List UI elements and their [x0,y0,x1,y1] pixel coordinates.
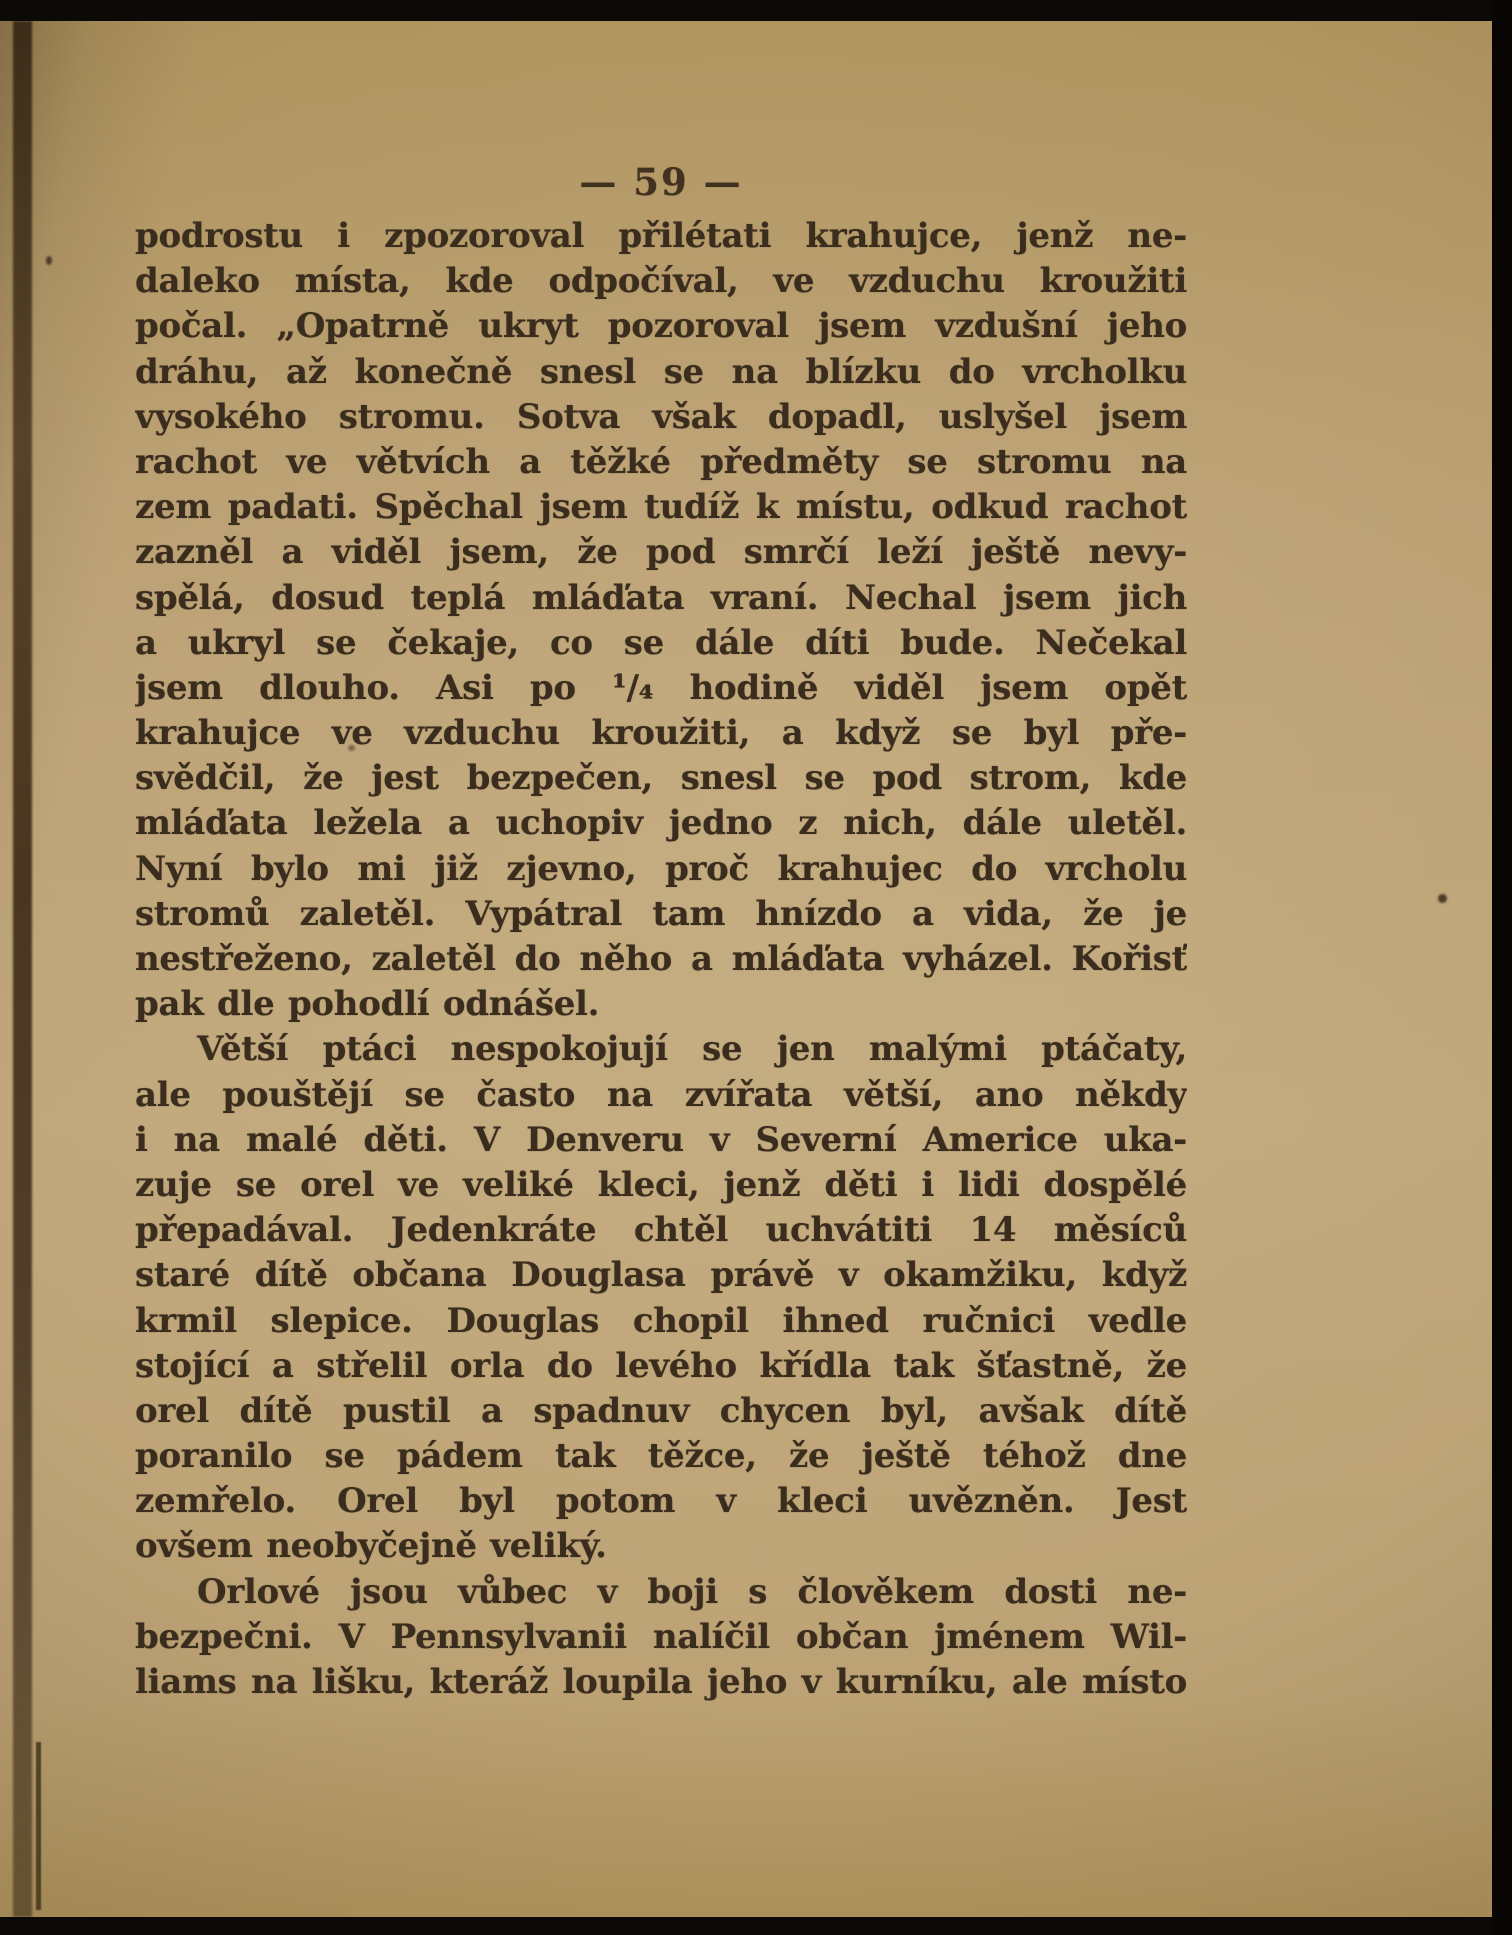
text-line: krahujce ve vzduchu kroužiti, a když se … [135,711,1187,756]
text-line: rachot ve větvích a těžké předměty se st… [135,440,1187,485]
scan-edge-right [1492,0,1512,1935]
text-line: zuje se orel ve veliké kleci, jenž děti … [135,1163,1187,1208]
text-line: zem padati. Spěchal jsem tudíž k místu, … [135,485,1187,530]
scan-edge-bottom [0,1917,1512,1935]
text-line: přepadával. Jedenkráte chtěl uchvátiti 1… [135,1208,1187,1253]
text-line: stojící a střelil orla do levého křídla … [135,1344,1187,1389]
text-line-paragraph-end: pak dle pohodlí odnášel. [135,982,1187,1027]
paper-speck [1438,894,1447,903]
text-line: staré dítě občana Douglasa právě v okamž… [135,1253,1187,1298]
book-binding-shadow-thin [36,1742,41,1910]
text-line: zazněl a viděl jsem, že pod smrčí leží j… [135,530,1187,575]
text-line: stromů zaletěl. Vypátral tam hnízdo a vi… [135,892,1187,937]
body-text: podrostu i zpozoroval přilétati krahujce… [135,214,1187,1705]
text-line: jsem dlouho. Asi po ¹/₄ hodině viděl jse… [135,666,1187,711]
text-line: Nyní bylo mi již zjevno, proč krahujec d… [135,847,1187,892]
text-line-paragraph-start: Orlové jsou vůbec v boji s člověkem dost… [135,1570,1187,1615]
text-line: a ukryl se čekaje, co se dále díti bude.… [135,621,1187,666]
text-line: dráhu, až konečně snesl se na blízku do … [135,350,1187,395]
text-line: bezpečni. V Pennsylvanii nalíčil občan j… [135,1615,1187,1660]
book-scan-page: { "document": { "page_number": "— 59 —",… [0,0,1512,1935]
page-number: — 59 — [135,160,1187,212]
scan-edge-top [0,0,1512,21]
text-line: i na malé děti. V Denveru v Severní Amer… [135,1118,1187,1163]
paper-speck [46,256,52,265]
book-binding-shadow [13,21,32,1917]
text-line: zemřelo. Orel byl potom v kleci uvězněn.… [135,1479,1187,1524]
text-line: svědčil, že jest bezpečen, snesl se pod … [135,756,1187,801]
text-line: vysokého stromu. Sotva však dopadl, usly… [135,395,1187,440]
text-line: podrostu i zpozoroval přilétati krahujce… [135,214,1187,259]
text-line-paragraph-end: ovšem neobyčejně veliký. [135,1524,1187,1569]
text-line: poranilo se pádem tak těžce, že ještě té… [135,1434,1187,1479]
text-line: mláďata ležela a uchopiv jedno z nich, d… [135,801,1187,846]
text-line: nestřeženo, zaletěl do něho a mláďata vy… [135,937,1187,982]
text-line-paragraph-start: Větší ptáci nespokojují se jen malými pt… [135,1027,1187,1072]
text-line: počal. „Opatrně ukryt pozoroval jsem vzd… [135,304,1187,349]
text-line: liams na lišku, kteráž loupila jeho v ku… [135,1660,1187,1705]
text-line: orel dítě pustil a spadnuv chycen byl, a… [135,1389,1187,1434]
text-line: daleko místa, kde odpočíval, ve vzduchu … [135,259,1187,304]
text-line: ale pouštějí se často na zvířata větší, … [135,1073,1187,1118]
text-line: spělá, dosud teplá mláďata vraní. Nechal… [135,576,1187,621]
text-line: krmil slepice. Douglas chopil ihned ručn… [135,1299,1187,1344]
